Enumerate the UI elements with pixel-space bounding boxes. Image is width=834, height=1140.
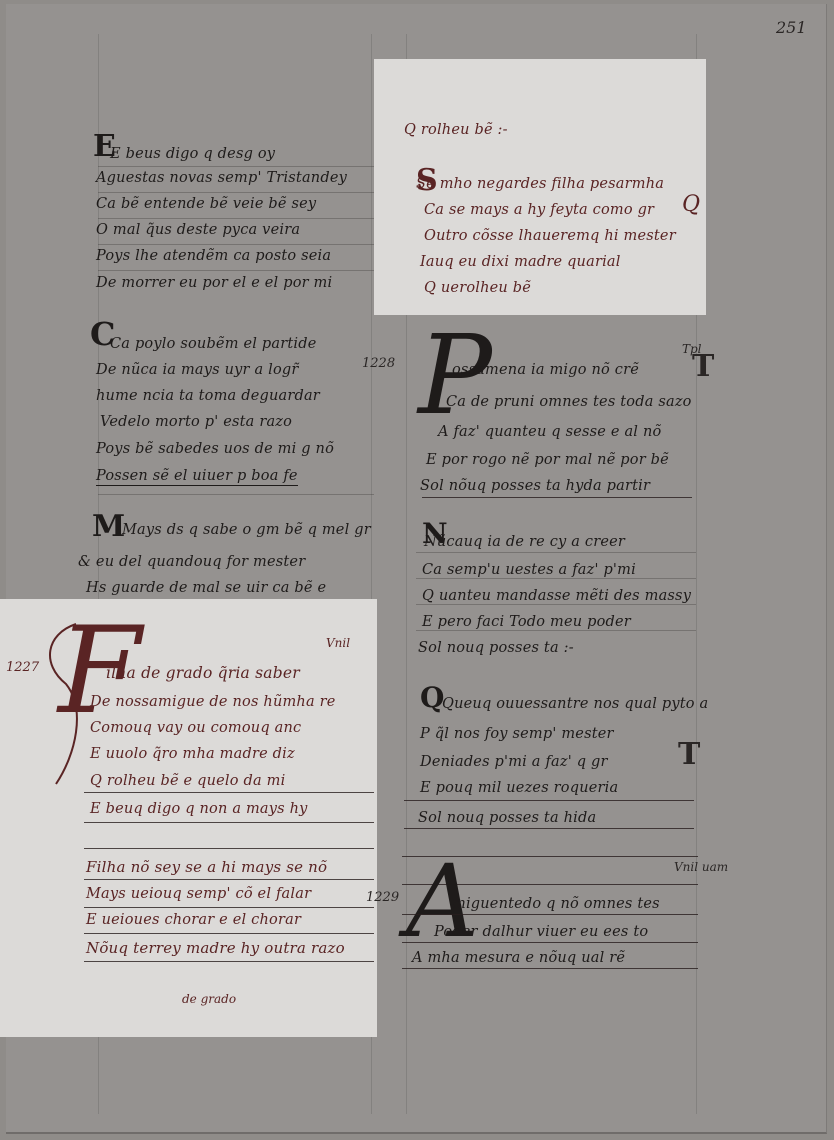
underline-rule xyxy=(404,828,694,829)
faint-ruling xyxy=(98,244,374,245)
verse-line: Q uanteu mandasse mẽti des massy xyxy=(422,588,691,604)
verse-line: hume ncia ta toma deguardar xyxy=(96,388,320,404)
underline-rule xyxy=(84,822,374,823)
poem-number: 1228 xyxy=(362,356,395,371)
underline-rule xyxy=(402,914,698,915)
verse-line: Mays ds q sabe o gm bẽ q mel gr xyxy=(122,522,371,538)
underline-rule xyxy=(84,848,374,849)
refrain-line: Q rolheu bẽ :- xyxy=(404,122,508,138)
margin-t-mark: T xyxy=(678,740,700,770)
verse-line: Aguestas novas semp' Tristandey xyxy=(96,170,347,186)
verse-line: Nõuq terrey madre hy outra razo xyxy=(86,939,345,957)
faint-ruling xyxy=(98,192,374,193)
verse-line: Ca poylo soubẽm el partide xyxy=(110,336,316,352)
verse-line: Vedelo morto p' esta razo xyxy=(100,414,292,430)
verse-line: & eu del quandouq for mester xyxy=(78,554,305,570)
verse-line: E beus digo q desg oy xyxy=(110,146,275,162)
underline-rule xyxy=(84,792,374,793)
faint-ruling xyxy=(98,494,374,495)
underline-rule xyxy=(84,933,374,934)
verse-line: Poys lhe atendẽm ca posto seia xyxy=(96,248,331,264)
verse-line: Mays ueiouq semp' cõ el falar xyxy=(86,886,311,902)
verse-line: miguentedo q nõ omnes tes xyxy=(452,896,660,912)
verse-line: Ca se mays a hy feyta como gr xyxy=(424,202,654,218)
verse-line: De nũca ia mays uyr a logr̃ xyxy=(96,362,299,378)
initial-letter-m: M xyxy=(92,512,125,542)
margin-note: Vnil uam xyxy=(674,860,728,874)
verse-line: Poys bẽ sabedes uos de mi g nõ xyxy=(96,441,334,457)
margin-t-mark: T xyxy=(692,352,714,382)
faint-ruling xyxy=(98,218,374,219)
verse-line: E pouq mil uezes roqueria xyxy=(420,780,618,796)
initial-letter-q: Q xyxy=(420,684,444,712)
underline-rule xyxy=(402,942,698,943)
verse-line: Q uerolheu bẽ xyxy=(424,280,531,296)
verse-line: Ca semp'u uestes a faz' p'mi xyxy=(422,562,636,578)
verse-line: De nossamigue de nos hũmha re xyxy=(90,694,336,710)
margin-note: Tpl xyxy=(682,342,702,356)
underline-rule xyxy=(84,879,374,880)
faint-ruling xyxy=(98,270,374,271)
verse-line: Possen sẽ el uiuer p boa fe xyxy=(96,468,298,486)
verse-line: Ca de pruni omnes tes toda sazo xyxy=(446,394,692,410)
faint-ruling xyxy=(416,630,696,631)
folio-number: 251 xyxy=(776,18,807,37)
verse-line: Sol nouq posses ta hida xyxy=(418,810,596,826)
verse-line: Comouq vay ou comouq anc xyxy=(90,720,301,736)
margin-note: Vnil xyxy=(326,636,350,650)
manuscript-page: 251 E E beus digo q desg oy Aguestas nov… xyxy=(6,4,827,1134)
verse-line: Deniades p'mi a faz' q gr xyxy=(420,754,608,770)
verse-line: O mal q̃us deste pyca veira xyxy=(96,222,300,238)
underline-rule xyxy=(84,961,374,962)
verse-line: E pero faci Todo meu poder xyxy=(422,614,631,630)
underline-rule xyxy=(84,907,374,908)
faint-ruling xyxy=(416,604,696,605)
poem-number: 1229 xyxy=(366,890,399,905)
poem-number: 1227 xyxy=(6,660,39,675)
verse-line: A mha mesura e nõuq ual rẽ xyxy=(412,950,625,966)
verse-line: Q rolheu bẽ e quelo da mi xyxy=(90,773,285,789)
verse-line: ossamena ia migo nõ crẽ xyxy=(452,362,639,378)
verse-line: Queuq ouuessantre nos qual pyto a xyxy=(442,696,708,712)
faint-ruling xyxy=(416,552,696,553)
verse-line: E beuq digo q non a mays hy xyxy=(90,801,308,817)
faint-ruling xyxy=(416,578,696,579)
verse-line: Hs guarde de mal se uir ca bẽ e xyxy=(86,580,326,596)
verse-line: Iauq eu dixi madre quarial xyxy=(420,254,621,270)
verse-line: Poder dalhur viuer eu ees to xyxy=(434,924,648,940)
faint-ruling xyxy=(98,166,374,167)
verse-line: E uuolo q̃ro mha madre diz xyxy=(90,746,295,762)
verse-line: P q̃l nos foy semp' mester xyxy=(420,726,614,742)
verse-line: E ueioues chorar e el chorar xyxy=(86,912,301,928)
underline-rule xyxy=(422,497,692,498)
underline-rule xyxy=(404,800,694,801)
catchword: de grado xyxy=(182,992,236,1006)
verse-line: Ca bẽ entende bẽ veie bẽ sey xyxy=(96,196,316,212)
paragraph-mark-icon: Q xyxy=(682,192,700,217)
verse-line: Se mho negardes filha pesarmha xyxy=(416,176,664,192)
verse-line: Sol nõuq posses ta hyda partir xyxy=(420,478,650,494)
verse-line: A faz' quanteu q sesse e al nõ xyxy=(438,424,661,440)
verse-line: De morrer eu por el e el por mi xyxy=(96,275,332,291)
verse-line: Filha nõ sey se a hi mays se nõ xyxy=(86,858,327,876)
verse-line: Outro cõsse lhaueremq hi mester xyxy=(424,228,676,244)
underline-rule xyxy=(402,968,698,969)
verse-line: E por rogo nẽ por mal nẽ por bẽ xyxy=(426,452,669,468)
verse-line: Nũcauq ia de re cy a creer xyxy=(424,534,625,550)
verse-line: ilha de grado q̃ria saber xyxy=(106,664,300,682)
verse-line: Sol nouq posses ta :- xyxy=(418,640,574,656)
